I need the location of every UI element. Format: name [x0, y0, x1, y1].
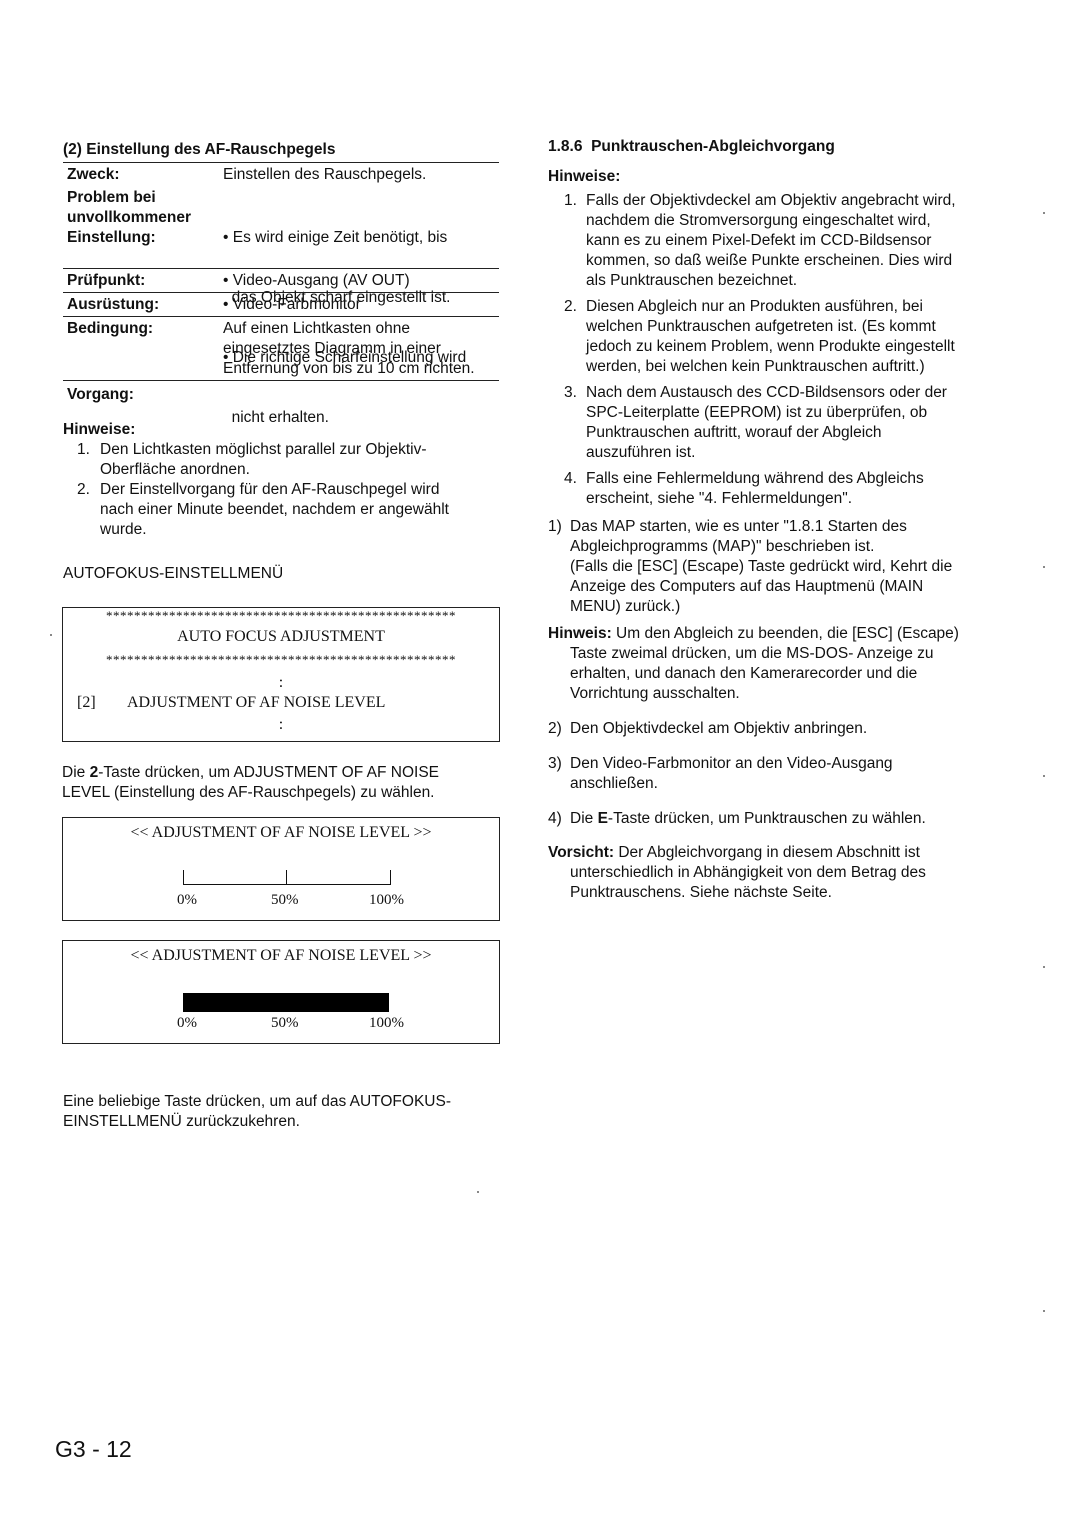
- scan-speck: [1043, 966, 1045, 968]
- step-line: MENU) zurück.): [570, 597, 993, 617]
- tick-label: 100%: [369, 1015, 404, 1032]
- spec-value: Einstellen des Rauschpegels.: [223, 165, 426, 185]
- item-line: welchen Punktrauschen aufgetreten ist. (…: [586, 317, 993, 337]
- list-item: 2. Der Einstellvorgang für den AF-Rausch…: [63, 480, 503, 540]
- item-number: 3.: [564, 383, 577, 403]
- step-number: 2): [548, 719, 562, 739]
- scan-speck: [50, 634, 52, 636]
- note-label: Hinweis:: [548, 625, 612, 642]
- item-line: werden, bei welchen kein Punktrauschen a…: [586, 357, 993, 377]
- rule: [63, 268, 499, 269]
- item-line: Diesen Abgleich nur an Produkten ausführ…: [586, 297, 993, 317]
- text: Eine beliebige Taste drücken, um auf das…: [63, 1092, 451, 1112]
- step-line: Das MAP starten, wie es unter "1.8.1 Sta…: [570, 517, 993, 537]
- item-number: 4.: [564, 469, 577, 489]
- text: Die: [570, 810, 598, 827]
- caution-label: Vorsicht:: [548, 844, 614, 861]
- value-line: Auf einen Lichtkasten ohne: [223, 319, 475, 339]
- scan-speck: [1043, 566, 1045, 568]
- list-item: 1. Den Lichtkasten möglichst parallel zu…: [63, 440, 503, 480]
- item-line: jedoch zu keinem Problem, wenn Produkte …: [586, 337, 993, 357]
- screen-title: << ADJUSTMENT OF AF NOISE LEVEL >>: [63, 824, 499, 842]
- item-line: Falls der Objektivdeckel am Objektiv ang…: [586, 191, 993, 211]
- step-line: Den Objektivdeckel am Objektiv anbringen…: [570, 719, 993, 739]
- spec-value: • Video-Ausgang (AV OUT): [223, 271, 410, 291]
- item-number: 2.: [77, 480, 90, 500]
- tick-label: 0%: [177, 1015, 197, 1032]
- label-line: unvollkommener: [67, 208, 191, 228]
- item-line: auszuführen ist.: [586, 443, 993, 463]
- spec-value: • Video-Farbmonitor: [223, 295, 361, 315]
- section-title-af-noise: (2) Einstellung des AF-Rauschpegels: [63, 141, 335, 159]
- hinweise-title: Hinweise:: [63, 420, 503, 440]
- step-number: 4): [548, 809, 562, 829]
- text: -Taste drücken, um ADJUSTMENT OF AF NOIS…: [98, 764, 439, 781]
- item-line: kommen, so daß weiße Punkte erscheinen. …: [586, 251, 993, 271]
- step-1: 1) Das MAP starten, wie es unter "1.8.1 …: [548, 517, 993, 617]
- label-line: Problem bei: [67, 188, 191, 208]
- step-line: Den Video-Farbmonitor an den Video-Ausga…: [570, 754, 993, 774]
- spec-label: Ausrüstung:: [67, 295, 159, 315]
- caution-text: Der Abgleichvorgang in diesem Abschnitt …: [614, 844, 920, 861]
- scan-speck: [1043, 775, 1045, 777]
- item-line: Punktrauschen auftritt, worauf der Abgle…: [586, 423, 993, 443]
- hinweise-title: Hinweise:: [548, 167, 993, 187]
- section-title-punktrauschen: 1.8.6 Punktrauschen-Abgleichvorgang: [548, 137, 993, 157]
- vorsicht-note: Vorsicht: Der Abgleichvorgang in diesem …: [548, 843, 993, 903]
- step-number: 1): [548, 517, 562, 537]
- value-line: Entfernung von bis zu 10 cm richten.: [223, 359, 475, 379]
- rule: [63, 380, 499, 381]
- hinweise-list: Hinweise: 1. Den Lichtkasten möglichst p…: [63, 420, 503, 540]
- text: LEVEL (Einstellung des AF-Rauschpegels) …: [62, 783, 502, 803]
- scale-mid-tick: [286, 870, 287, 884]
- value-line: • Es wird einige Zeit benötigt, bis: [223, 228, 466, 248]
- item-line: nachdem die Stromversorgung eingeschalte…: [586, 211, 993, 231]
- step-2: 2) Den Objektivdeckel am Objektiv anbrin…: [548, 719, 993, 739]
- level-scale: [183, 870, 391, 885]
- spec-label: Problem bei unvollkommener Einstellung:: [67, 188, 191, 248]
- item-line: Nach dem Austausch des CCD-Bildsensors o…: [586, 383, 993, 403]
- caution-line: Punktrauschens. Siehe nächste Seite.: [570, 883, 993, 903]
- scan-speck: [1043, 1310, 1045, 1312]
- right-column: 1.8.6 Punktrauschen-Abgleichvorgang Hinw…: [548, 137, 993, 903]
- ellipsis: :: [63, 716, 499, 734]
- key-label: 2: [90, 764, 99, 781]
- step-line: anschließen.: [570, 774, 993, 794]
- note-line: Vorrichtung ausschalten.: [570, 684, 993, 704]
- spec-label: Zweck:: [67, 165, 120, 185]
- item-line: SPC-Leiterplatte (EEPROM) ist zu überprü…: [586, 403, 993, 423]
- caution-line: unterschiedlich in Abhängigkeit von dem …: [570, 863, 993, 883]
- spec-label: Vorgang:: [67, 385, 134, 405]
- hinweis-note: Hinweis: Um den Abgleich zu beenden, die…: [548, 624, 993, 704]
- select-instruction: Die 2-Taste drücken, um ADJUSTMENT OF AF…: [62, 763, 502, 803]
- list-item: 1. Falls der Objektivdeckel am Objektiv …: [548, 191, 993, 291]
- list-item: 4. Falls eine Fehlermeldung während des …: [548, 469, 993, 509]
- text: -Taste drücken, um Punktrauschen zu wähl…: [608, 810, 926, 827]
- value-line: eingesetztes Diagramm in einer: [223, 339, 475, 359]
- step-line: Abgleichprogramms (MAP)" beschrieben ist…: [570, 537, 993, 557]
- ellipsis: :: [63, 674, 499, 692]
- tick-label: 50%: [271, 892, 299, 909]
- note-line: Taste zweimal drücken, um die MS-DOS- An…: [570, 644, 993, 664]
- item-line: als Punktrauschen bezeichnet.: [586, 271, 993, 291]
- scan-speck: [1043, 212, 1045, 214]
- spec-label: Bedingung:: [67, 319, 153, 339]
- return-note: Eine beliebige Taste drücken, um auf das…: [63, 1092, 451, 1132]
- item-line: wurde.: [100, 520, 503, 540]
- page-number: G3 - 12: [55, 1436, 132, 1463]
- item-line: nach einer Minute beendet, nachdem er an…: [100, 500, 503, 520]
- level-progress-bar: [183, 993, 389, 1012]
- autofocus-menu-screen: ****************************************…: [62, 607, 500, 742]
- menu-item-number[interactable]: [2]: [77, 694, 96, 712]
- rule: [63, 292, 499, 293]
- note-line: erhalten, und danach den Kamerarecorder …: [570, 664, 993, 684]
- noise-level-screen-full: << ADJUSTMENT OF AF NOISE LEVEL >> 0% 50…: [62, 940, 500, 1044]
- menu-title: AUTO FOCUS ADJUSTMENT: [63, 628, 499, 646]
- screen-title: << ADJUSTMENT OF AF NOISE LEVEL >>: [63, 947, 499, 965]
- tick-label: 50%: [271, 1015, 299, 1032]
- menu-item-af-noise-level[interactable]: ADJUSTMENT OF AF NOISE LEVEL: [127, 694, 385, 712]
- tick-label: 100%: [369, 892, 404, 909]
- spec-value: Auf einen Lichtkasten ohne eingesetztes …: [223, 319, 475, 379]
- note-text: Um den Abgleich zu beenden, die [ESC] (E…: [612, 625, 959, 642]
- item-number: 1.: [564, 191, 577, 211]
- item-line: kann es zu einem Pixel-Defekt im CCD-Bil…: [586, 231, 993, 251]
- key-label: E: [598, 810, 608, 827]
- item-line: Falls eine Fehlermeldung während des Abg…: [586, 469, 993, 489]
- step-number: 3): [548, 754, 562, 774]
- text: EINSTELLMENÜ zurückzukehren.: [63, 1112, 451, 1132]
- menu-caption: AUTOFOKUS-EINSTELLMENÜ: [63, 565, 283, 583]
- list-item: 3. Nach dem Austausch des CCD-Bildsensor…: [548, 383, 993, 463]
- step-3: 3) Den Video-Farbmonitor an den Video-Au…: [548, 754, 993, 794]
- text: Die: [62, 764, 90, 781]
- stars-divider: ****************************************…: [63, 652, 499, 668]
- item-line: Oberfläche anordnen.: [100, 460, 503, 480]
- tick-label: 0%: [177, 892, 197, 909]
- item-line: Den Lichtkasten möglichst parallel zur O…: [100, 440, 503, 460]
- scan-speck: [477, 1191, 479, 1193]
- stars-divider: ****************************************…: [63, 608, 499, 624]
- label-line: Einstellung:: [67, 228, 191, 248]
- rule: [63, 162, 499, 163]
- item-number: 2.: [564, 297, 577, 317]
- item-line: erscheint, siehe "4. Fehlermeldungen".: [586, 489, 993, 509]
- list-item: 2. Diesen Abgleich nur an Produkten ausf…: [548, 297, 993, 377]
- item-line: Der Einstellvorgang für den AF-Rauschpeg…: [100, 480, 503, 500]
- step-line: Anzeige des Computers auf das Hauptmenü …: [570, 577, 993, 597]
- level-fill: [183, 993, 389, 1012]
- noise-level-screen-empty: << ADJUSTMENT OF AF NOISE LEVEL >> 0% 50…: [62, 817, 500, 921]
- item-number: 1.: [77, 440, 90, 460]
- rule: [63, 316, 499, 317]
- step-4: 4) Die E-Taste drücken, um Punktrauschen…: [548, 809, 993, 829]
- spec-label: Prüfpunkt:: [67, 271, 145, 291]
- step-line: (Falls die [ESC] (Escape) Taste gedrückt…: [570, 557, 993, 577]
